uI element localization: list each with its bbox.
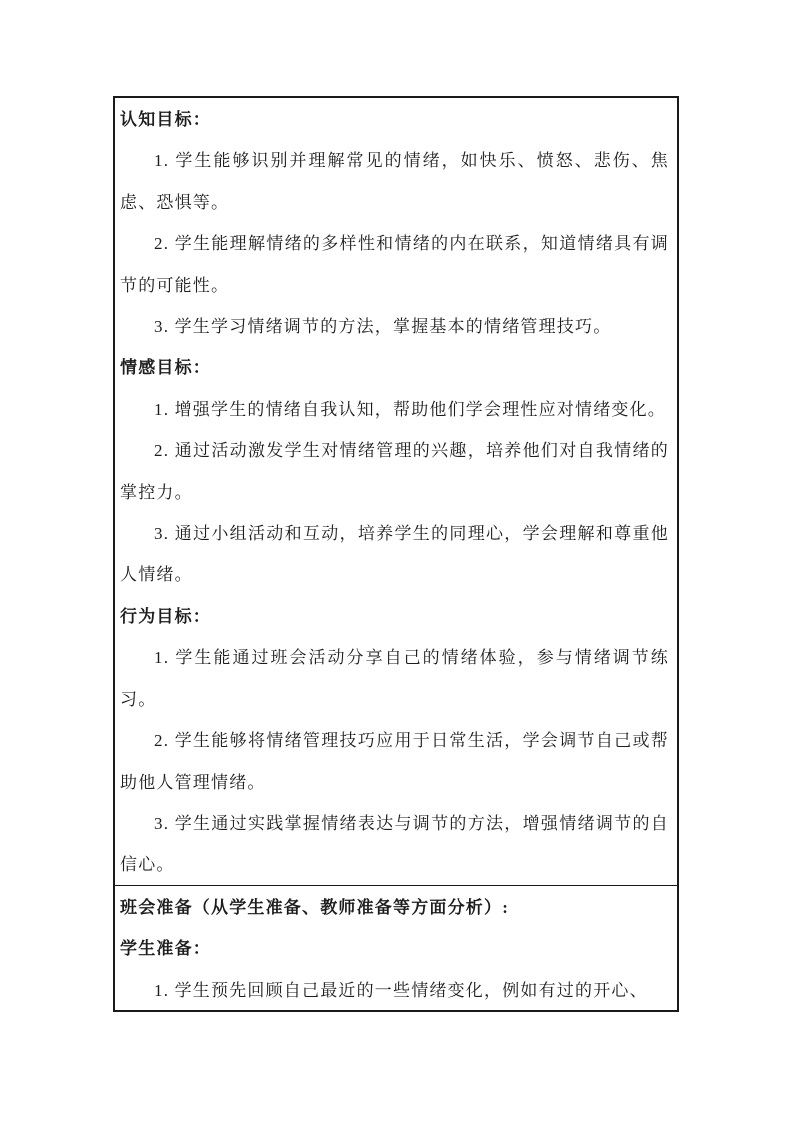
cognitive-objectives-heading: 认知目标：: [120, 99, 669, 140]
lesson-plan-table: 认知目标： 1. 学生能够识别并理解常见的情绪，如快乐、愤怒、悲伤、焦虑、恐惧等…: [113, 96, 679, 1012]
behavioral-objective-item: 2. 学生能够将情绪管理技巧应用于日常生活，学会调节自己或帮助他人管理情绪。: [120, 720, 669, 803]
behavioral-objective-item: 3. 学生通过实践掌握情绪表达与调节的方法，增强情绪调节的自信心。: [120, 803, 669, 886]
cognitive-objective-item: 2. 学生能理解情绪的多样性和情绪的内在联系，知道情绪具有调节的可能性。: [120, 223, 669, 306]
preparation-heading: 班会准备（从学生准备、教师准备等方面分析）:: [120, 887, 669, 928]
cognitive-objective-item: 3. 学生学习情绪调节的方法，掌握基本的情绪管理技巧。: [120, 306, 669, 347]
cognitive-objective-item: 1. 学生能够识别并理解常见的情绪，如快乐、愤怒、悲伤、焦虑、恐惧等。: [120, 140, 669, 223]
affective-objective-item: 3. 通过小组活动和互动，培养学生的同理心，学会理解和尊重他人情绪。: [120, 513, 669, 596]
student-preparation-heading: 学生准备：: [120, 928, 669, 969]
affective-objective-item: 1. 增强学生的情绪自我认知，帮助他们学会理性应对情绪变化。: [120, 389, 669, 430]
behavioral-objectives-heading: 行为目标：: [120, 596, 669, 637]
affective-objectives-heading: 情感目标：: [120, 347, 669, 388]
document-page: 认知目标： 1. 学生能够识别并理解常见的情绪，如快乐、愤怒、悲伤、焦虑、恐惧等…: [0, 0, 793, 1122]
behavioral-objective-item: 1. 学生能通过班会活动分享自己的情绪体验，参与情绪调节练习。: [120, 637, 669, 720]
table-cell-objectives: 认知目标： 1. 学生能够识别并理解常见的情绪，如快乐、愤怒、悲伤、焦虑、恐惧等…: [115, 98, 677, 886]
student-preparation-item: 1. 学生预先回顾自己最近的一些情绪变化，例如有过的开心、: [120, 970, 669, 1010]
table-cell-preparation: 班会准备（从学生准备、教师准备等方面分析）: 学生准备： 1. 学生预先回顾自己…: [115, 886, 677, 1010]
affective-objective-item: 2. 通过活动激发学生对情绪管理的兴趣，培养他们对自我情绪的掌控力。: [120, 430, 669, 513]
